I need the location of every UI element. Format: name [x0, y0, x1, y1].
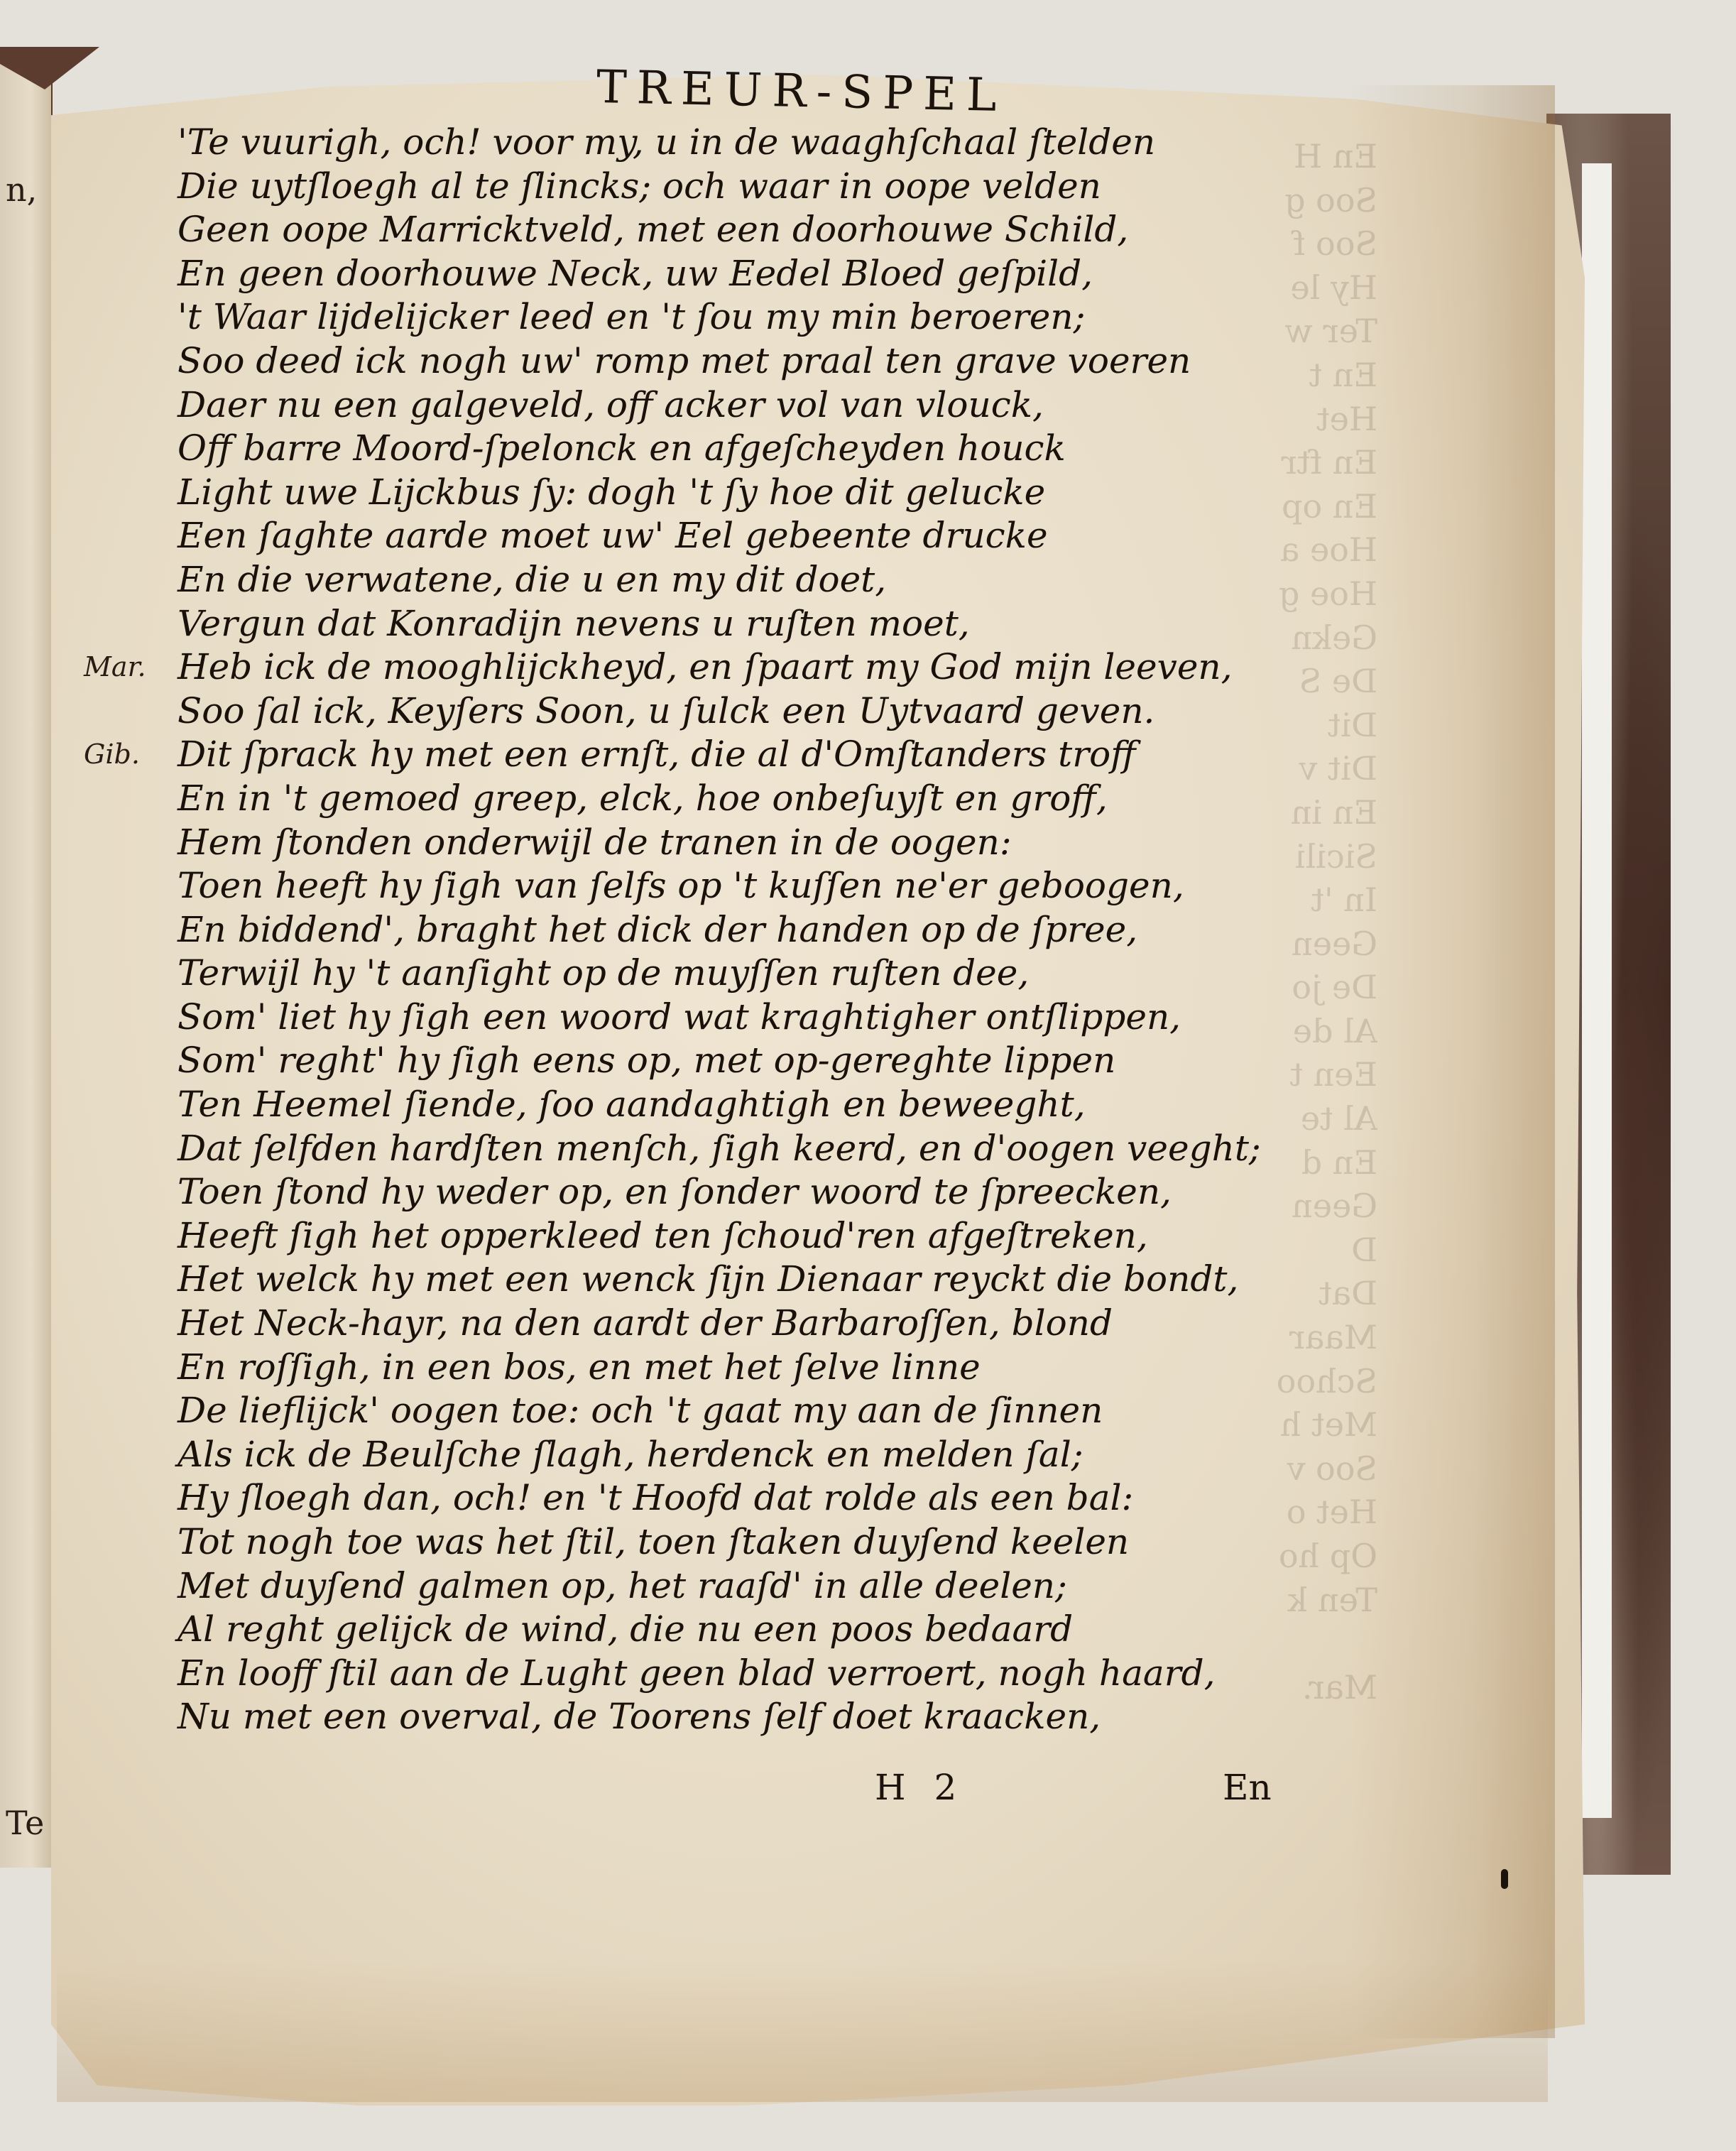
- bleed-line: Hoe g: [1164, 572, 1377, 616]
- verse-line: Toen heeft hy ſigh van ſelfs op 't kuſſe…: [178, 864, 1186, 908]
- bleed-line: De jo: [1164, 966, 1377, 1010]
- bleed-line: Een t: [1164, 1053, 1377, 1097]
- verse-line: En roſſigh, in een bos, en met het ſelve…: [178, 1346, 1186, 1390]
- verse-line: Soo ſal ick, Keyſers Soon, u ſulck een U…: [178, 690, 1186, 734]
- verse-line: De lieflijck' oogen toe: och 't gaat my …: [178, 1389, 1186, 1433]
- bleed-line: Al de: [1164, 1010, 1377, 1054]
- bleed-line: Ten k: [1164, 1579, 1377, 1623]
- bleed-line: In 't: [1164, 878, 1377, 922]
- bleed-line: Geen: [1164, 1185, 1377, 1229]
- verse-line: Dat ſelfden hardſten menſch, ſigh keerd,…: [178, 1127, 1186, 1171]
- verse-line: Tot nogh toe was het ſtil, toen ſtaken d…: [178, 1520, 1186, 1564]
- verse-line: 't Waar lijdelijcker leed en 't ſou my m…: [178, 295, 1186, 339]
- bleed-line: En t: [1164, 354, 1377, 398]
- bleed-line: Het: [1164, 398, 1377, 442]
- bleed-line: En ftr: [1164, 441, 1377, 485]
- verse-line: Terwijl hy 't aanſight op de muyſſen ruſ…: [178, 952, 1186, 996]
- verse-line: Het welck hy met een wenck ſijn Dienaar …: [178, 1258, 1186, 1302]
- verse-line: Som' liet hy ſigh een woord wat kraghtig…: [178, 996, 1186, 1040]
- ink-blot: [1501, 1869, 1508, 1889]
- verse-line: Som' reght' hy ſigh eens op, met op-gere…: [178, 1039, 1186, 1083]
- verse-line: Met duyſend galmen op, het raaſd' in all…: [178, 1564, 1186, 1608]
- bleed-through-text: En HSoo gSoo fHy leTer wEn tHetEn ftrEn …: [1164, 135, 1377, 1709]
- verse-text: 'Te vuurigh, och! voor my, u in de waagh…: [178, 121, 1186, 1739]
- verse-line: Heb ick de mooghlijckheyd, en ſpaart my …: [178, 646, 1186, 690]
- bleed-line: Geen: [1164, 922, 1377, 966]
- facing-page-edge: [0, 50, 53, 1868]
- verse-line: Hy ſloegh dan, och! en 't Hoofd dat rold…: [178, 1476, 1186, 1520]
- bleed-line: Met h: [1164, 1403, 1377, 1447]
- bleed-line: En op: [1164, 485, 1377, 529]
- verse-line: En geen doorhouwe Neck, uw Eedel Bloed g…: [178, 252, 1186, 296]
- running-title: TREUR-SPEL: [596, 61, 1007, 122]
- verse-line: En looff ſtil aan de Lught geen blad ver…: [178, 1652, 1186, 1696]
- speaker-label: Mar.: [84, 651, 146, 682]
- verse-line: 'Te vuurigh, och! voor my, u in de waagh…: [178, 121, 1186, 165]
- verse-line: Al reght gelijck de wind, die nu een poo…: [178, 1608, 1186, 1652]
- verse-line: Daer nu een galgeveld, off acker vol van…: [178, 383, 1186, 428]
- verse-line: Light uwe Lijckbus ſy: dogh 't ſy hoe di…: [178, 471, 1186, 515]
- bleed-line: Hy le: [1164, 266, 1377, 310]
- verse-line: Als ick de Beulſche ſlagh, herdenck en m…: [178, 1433, 1186, 1477]
- signature-mark: H 2: [875, 1767, 965, 1808]
- bleed-line: Sicili: [1164, 835, 1377, 879]
- bleed-line: Soo f: [1164, 222, 1377, 266]
- bleed-line: Op ho: [1164, 1535, 1377, 1579]
- verse-line: Die uytſloegh al te ſlincks; och waar in…: [178, 165, 1186, 209]
- verse-line: En die verwatene, die u en my dit doet,: [178, 558, 1186, 602]
- bleed-line: Soo g: [1164, 179, 1377, 223]
- flyleaf: [1582, 163, 1612, 1818]
- verse-line: Nu met een overval, de Toorens ſelf doet…: [178, 1695, 1186, 1739]
- bleed-line: Hoe a: [1164, 528, 1377, 572]
- speaker-label: Gib.: [84, 739, 140, 770]
- bleed-line: Soo v: [1164, 1447, 1377, 1491]
- verse-line: Ten Heemel ſiende, ſoo aandaghtigh en be…: [178, 1083, 1186, 1127]
- bleed-line: En in: [1164, 791, 1377, 835]
- verse-line: Off barre Moord-ſpelonck en afgeſcheyden…: [178, 427, 1186, 471]
- bleed-line: En H: [1164, 135, 1377, 179]
- bleed-line: Schoo: [1164, 1360, 1377, 1404]
- verse-line: Een ſaghte aarde moet uw' Eel gebeente d…: [178, 514, 1186, 558]
- facing-page-glyph: n,: [6, 170, 37, 209]
- verse-line: Het Neck-hayr, na den aardt der Barbaroſ…: [178, 1302, 1186, 1346]
- verse-line: Hem ſtonden onderwijl de tranen in de oo…: [178, 821, 1186, 865]
- verse-line: Soo deed ick nogh uw' romp met praal ten…: [178, 339, 1186, 383]
- verse-line: En biddend', braght het dick der handen …: [178, 908, 1186, 952]
- bleed-line: Het o: [1164, 1491, 1377, 1535]
- facing-page-glyph: Te: [6, 1804, 44, 1842]
- verse-line: Vergun dat Konradijn nevens u ruſten moe…: [178, 602, 1186, 646]
- verse-line: Geen oope Marricktveld, met een doorhouw…: [178, 208, 1186, 252]
- verse-line: Toen ſtond hy weder op, en ſonder woord …: [178, 1170, 1186, 1214]
- verse-line: En in 't gemoed greep, elck, hoe onbeſuy…: [178, 777, 1186, 821]
- catchword: En: [1223, 1767, 1272, 1808]
- verse-line: Heeft ſigh het opperkleed ten ſchoud'ren…: [178, 1214, 1186, 1258]
- bleed-line: Maar: [1164, 1316, 1377, 1360]
- bleed-line: Dit: [1164, 704, 1377, 748]
- bleed-line: Ter w: [1164, 310, 1377, 354]
- bleed-line: Dit v: [1164, 747, 1377, 791]
- verse-line: Dit ſprack hy met een ernſt, die al d'Om…: [178, 733, 1186, 777]
